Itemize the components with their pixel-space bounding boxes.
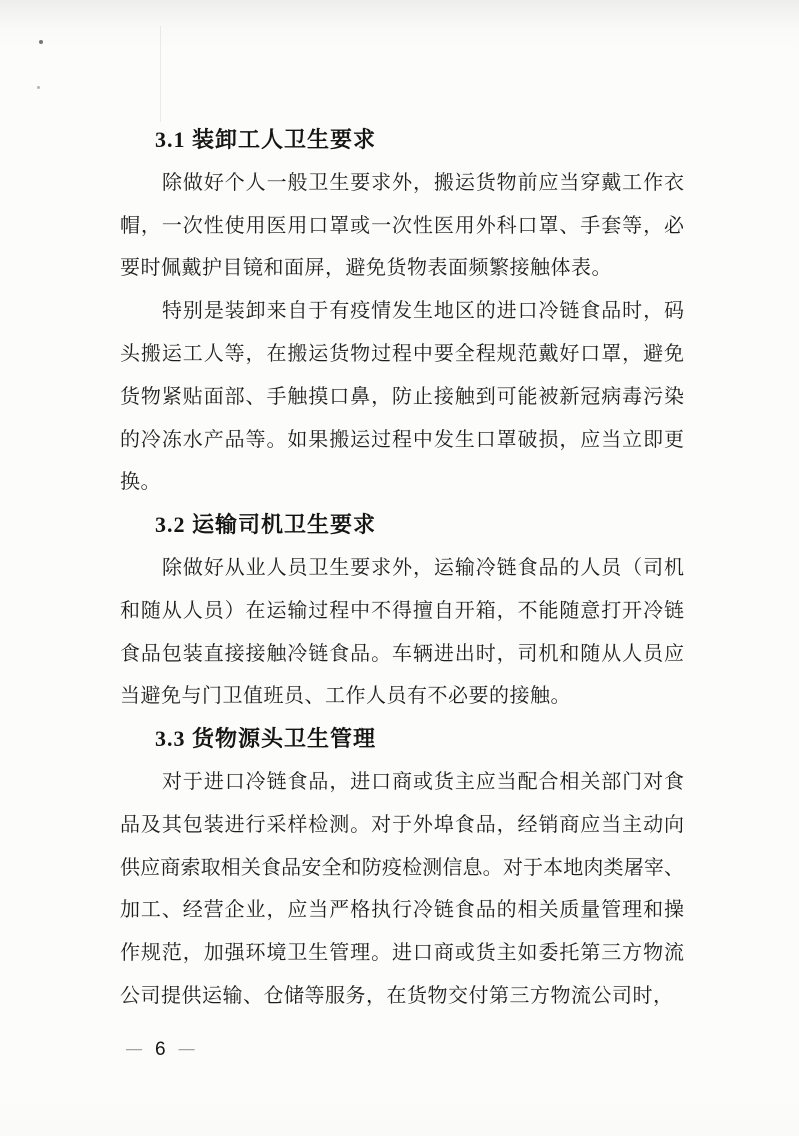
body-text-line: 特别是装卸来自于有疫情发生地区的进口冷链食品时，码 [120,290,684,333]
document-page: 3.1 装卸工人卫生要求 除做好个人一般卫生要求外，搬运货物前应当穿戴工作衣 帽… [0,0,799,1136]
document-body: 3.1 装卸工人卫生要求 除做好个人一般卫生要求外，搬运货物前应当穿戴工作衣 帽… [120,119,684,1018]
body-text-line: 当避免与门卫值班员、工作人员有不必要的接触。 [120,675,684,718]
scan-speck [39,40,43,44]
body-text-line: 对于进口冷链食品，进口商或货主应当配合相关部门对食 [120,761,684,804]
body-text-line: 除做好个人一般卫生要求外，搬运货物前应当穿戴工作衣 [120,162,684,205]
body-text-line: 要时佩戴护目镜和面屏，避免货物表面频繁接触体表。 [120,247,684,290]
footer-dash-left: — [126,1042,142,1058]
body-text-line: 货物紧贴面部、手触摸口鼻，防止接触到可能被新冠病毒污染 [120,376,684,419]
body-text-line: 加工、经营企业，应当严格执行冷链食品的相关质量管理和操 [120,889,684,932]
section-heading-3-3: 3.3 货物源头卫生管理 [155,718,684,761]
body-text-line: 食品包装直接接触冷链食品。车辆进出时，司机和随从人员应 [120,633,684,676]
body-text-line: 品及其包装进行采样检测。对于外埠食品，经销商应当主动向 [120,804,684,847]
body-text-line: 作规范，加强环境卫生管理。进口商或货主如委托第三方物流 [120,932,684,975]
scan-artifact-line [160,26,161,122]
footer-dash-right: — [179,1042,195,1058]
body-text-line: 头搬运工人等，在搬运货物过程中要全程规范戴好口罩，避免 [120,333,684,376]
body-text-line: 换。 [120,461,684,504]
section-heading-3-2: 3.2 运输司机卫生要求 [155,504,684,547]
body-text-line: 公司提供运输、仓储等服务，在货物交付第三方物流公司时， [120,975,684,1018]
page-number: 6 [155,1039,166,1061]
body-text-line: 帽，一次性使用医用口罩或一次性医用外科口罩、手套等，必 [120,205,684,248]
body-text-line: 除做好从业人员卫生要求外，运输冷链食品的人员（司机 [120,547,684,590]
body-text-line: 的冷冻水产品等。如果搬运过程中发生口罩破损，应当立即更 [120,419,684,462]
body-text-line: 和随从人员）在运输过程中不得擅自开箱，不能随意打开冷链 [120,590,684,633]
page-footer: — 6 — [126,1039,195,1061]
section-heading-3-1: 3.1 装卸工人卫生要求 [155,119,684,162]
scan-speck [37,86,40,89]
body-text-line: 供应商索取相关食品安全和防疫检测信息。对于本地肉类屠宰、 [120,847,684,890]
